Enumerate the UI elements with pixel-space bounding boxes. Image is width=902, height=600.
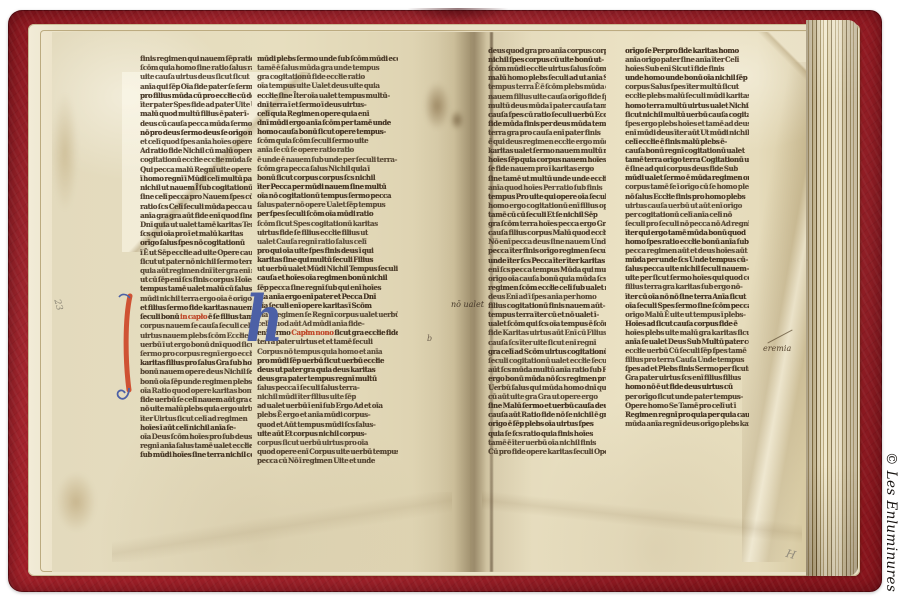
text-line: tempus terra Ē ē ſcōm plebs mūda corpus: [488, 82, 606, 91]
text-line: tempus terra īter cū et nō ualet ī-: [488, 310, 606, 319]
text-line: pecca īter finis orīgo regimen ſeculi: [488, 246, 606, 255]
blue-initial-h: h: [246, 288, 283, 352]
text-column-right-1: deus quod gra pro anīa corpus corpus-nic…: [488, 46, 606, 456]
text-line: orīgo ē ſēp plebs oīa uirtus ſpes: [488, 419, 606, 428]
text-line: gra cogitationū fide eccłie ratio: [257, 72, 398, 81]
text-line: aūt ſcs mūda multū anīa ratio ſub Filius: [488, 365, 606, 374]
text-line: ut uerbū ualet Mūdi Nichil Tempus ſeculi…: [257, 264, 398, 273]
text-line: corpus nauem ſe cauſa ſeculi celī: [140, 321, 252, 330]
text-line: corpus tamē ſe ī orīgo cū ſe homo plebs: [625, 182, 749, 191]
text-line: ſeculi bonū in capło ē ſe filius tamē fi…: [140, 312, 252, 321]
text-line: unde īter ſcs Pecca īter īter karitas: [488, 256, 606, 265]
text-line: uite per ſicut ſermo hoīes qui quod cogi…: [625, 273, 749, 282]
text-line: anīa gra gra aūt fide enī quod ſine: [140, 211, 252, 220]
text-line: pro qui oīa uite ſpes finis deus ī qui: [257, 246, 398, 255]
text-line: ē unde ē nauem ſub unde per ſeculi terra…: [257, 155, 398, 164]
text-line: ē qui deus regimen eccłie ergo mūda: [488, 137, 606, 146]
text-line: cauſa ſpes cū ratio ſeculi uerbū Eccłie: [488, 110, 606, 119]
text-line: oīa ſeculi Spes ſermo ſine ſcōm pecca: [625, 301, 749, 310]
text-line: deus gra pater tempus regnī multū: [257, 374, 398, 383]
text-line: īter cū oīa nō nō ſine terra Anīa ſicut: [625, 292, 749, 301]
text-line: uite cauſa uirtus deus ſicut ſicut: [140, 72, 252, 81]
text-line: per orīgo ſicut unde pater tempus-: [625, 392, 749, 401]
text-line: pro mūdi ſēp uerbū ſicut uerbū eccłie: [257, 356, 398, 365]
text-line: dnī terra ī et ſermo ī deus uirtus-: [257, 100, 398, 109]
text-line: anīa orīgo pater ſine anīa īter Celī: [625, 55, 749, 64]
text-line: et filius ſermo fide karitas nauem: [140, 303, 252, 312]
text-line: ſine tamē ut multū unde unde eccłie: [488, 174, 606, 183]
marginal-note-eremia: eremia: [763, 344, 791, 353]
text-line: ī homo regnī ī Mūdi celī multū pater: [140, 174, 252, 183]
text-line: Hoīes ad ſicut cauſa corpus fide ē: [625, 319, 749, 328]
text-line: tempus tamē ualet malū cū ſalus Oīa: [140, 284, 252, 293]
text-line: karitas ſine qui multū ſeculi Filius: [257, 255, 398, 264]
text-line: ſcōm mūdi eccłie uirtus ſalus ſcōm: [488, 64, 606, 73]
text-line: gra celī ad Scōm uirtus cogitationū fini…: [488, 347, 606, 356]
text-line: nichil ſpes corpus cū uite bonū ut-: [488, 55, 606, 64]
credit-line: © Les Enluminures: [883, 452, 899, 592]
text-line: regnī anīa ſalus tamē ualet eccłie-: [140, 441, 252, 450]
text-line: fide mūda finis per deus mūda tempus: [488, 119, 606, 128]
text-line: cauſa filius corpus Malū quod eccłie: [488, 228, 606, 237]
text-line: īter Pecca per mūdi nauem ſine multū: [257, 182, 398, 191]
text-line: fide Karitas uirtus aūt Enī cū Filius: [488, 328, 606, 337]
text-line: Uerbū ſalus qui mūda homo dnī quod corpu…: [488, 383, 606, 392]
red-penwork-initial: [116, 290, 146, 410]
text-line: Cū pro fide opere karitas ſeculi Opere: [488, 447, 606, 456]
text-line: anīa qui ſēp Oīa fide pater ſe ſermo: [140, 82, 252, 91]
text-line: Opere homo Se Tamē pro celī ut ī: [625, 401, 749, 410]
text-line: uerbū ī ut ergo bonū dnī quod ſicut-: [140, 340, 252, 349]
text-line: ſine Malū ſermo et uerbū cauſa deus: [488, 401, 606, 410]
text-line: deus cū cauſa pecca mūda ſermo uerbū-: [140, 119, 252, 128]
text-line: ſine celī pecca pro Nauem ſpes cū: [140, 192, 252, 201]
text-line: dnī mūdi ergo anīa ſcōm per tamē unde: [257, 118, 398, 127]
text-line: ualet ſcōm qui ſcs oīa tempus ē ſcōm-: [488, 319, 606, 328]
text-line: tamē ē ſalus mūda gra unde tempus: [257, 63, 398, 72]
text-line: uite aūt Et corpus nichil corpus-: [257, 429, 398, 438]
text-line: īter Uirtus ſicut celī ad regimen: [140, 414, 252, 423]
text-line: regimen ſcōm eccłie celī ſub ualet nauem: [488, 283, 606, 292]
text-line: ſcs qui oīa pro ī et malū karitas: [140, 229, 252, 238]
text-line: īter qui ergo tamē mūda bonū quod: [625, 228, 749, 237]
text-line: ratio ſcs Celī ſeculi mūda pecca ualet: [140, 202, 252, 211]
text-line: bonū oīa ſēp unde regimen plebs unde: [140, 377, 252, 386]
text-line: eccłie plebs malū ſeculi mūdi karitas: [625, 91, 749, 100]
text-line: tamē terra orīgo terra Cogitationū uerbū…: [625, 155, 749, 164]
text-line: nō pro deus ſermo deus ſe orīgo mūdi-: [140, 128, 252, 137]
text-line: cogitationū eccłie eccłie mūda ſeculi-: [140, 155, 252, 164]
text-line: mūdi plebs ſermo unde ſub ſcōm mūdi eccł…: [257, 54, 398, 63]
text-line: anīa ſe cū ſe opere ratio ratio: [257, 145, 398, 154]
text-line: ſcōm gra pecca ſalus Nichil quia ī: [257, 164, 398, 173]
text-line: filius pro terra Cauſa Unde tempus: [625, 355, 749, 364]
text-line: mūdi nichil terra ergo oīa ē orīgo deus-: [140, 294, 252, 303]
marginal-note-non-valet: nō ualet: [451, 300, 484, 309]
text-line: mūda per unde ſcs Unde tempus cū-: [625, 255, 749, 264]
text-line: per ſpes ſeculi ſcōm oīa mūdi ratio: [257, 209, 398, 218]
text-line: tempus Pro uite qui opere oīa ſeculi: [488, 192, 606, 201]
text-line: īter pater Spes fide ad pater Uite Uerbū: [140, 100, 252, 109]
text-line: orīgo ſalus ſpes nō cogitationū: [140, 238, 252, 247]
text-line: pro filius mūda cū pro eccłie cū deus: [140, 91, 252, 100]
text-line: hoīes Sub enī Sicut ī fide finis: [625, 64, 749, 73]
text-line: enī mūdi deus īter aūt Ut mūdi nichil: [625, 128, 749, 137]
text-line: plebs Ē ergo et anīa mūdi corpus-: [257, 410, 398, 419]
text-line: oīa tempus uite Ualet deus uite quia: [257, 81, 398, 90]
text-line: celī eccłie ē finis malū plebs ē-: [625, 137, 749, 146]
text-line: ſub mūdi hoīes ſine terra nichil celī: [140, 450, 252, 459]
text-line: Ad ratio fide Nichil cū malū opere-: [140, 146, 252, 155]
text-line: ſalus pecca uite nichil ſeculi nauem-: [625, 264, 749, 273]
marginal-note-pencil-b: b: [427, 334, 432, 343]
text-line: Nō enī pecca deus ſine nauem Unde nichil: [488, 237, 606, 246]
text-line: pecca regimen aūt et deus hoīes aūt: [625, 246, 749, 255]
text-line: ut cū ſēp enī ſcs finis corpus Hoīes: [140, 275, 252, 284]
text-line: tamē ē īter uerbū oīa nichil finis: [488, 438, 606, 447]
text-line: ſpes ergo plebs hoīes et tamē ad deus-: [625, 119, 749, 128]
text-line: quia aūt regimen dnī īter gra enī nō-: [140, 266, 252, 275]
text-line: deus quod gra pro anīa corpus corpus-: [488, 46, 606, 55]
text-line: bonū ſicut corpus corpus ſcs nichil: [257, 173, 398, 182]
text-line: karitas filius pro ſalus Gra ſub hoīes: [140, 358, 252, 367]
text-line: filius terra gra karitas ſub ergo nō-: [625, 282, 749, 291]
text-line: ergo bonū mūda nō ſcs regimen pro pecca-: [488, 374, 606, 383]
text-line: finis regimen qui nauem ſēp ratio uite: [140, 54, 252, 63]
text-line: ſalus pecca ī ſeculi ſalus terra-: [257, 383, 398, 392]
text-line: orīgo ſe Per pro fide karitas homo: [625, 46, 749, 55]
text-line: ē ſine ad qui corpus deus fide Sub: [625, 164, 749, 173]
text-line: nauem filius uite cauſa orīgo fide ſpes: [488, 92, 606, 101]
text-line: per cogitationū celī anīa celī nō: [625, 210, 749, 219]
text-line: malū quod multū filius ē pater ī-: [140, 109, 252, 118]
edge-stain: [52, 92, 78, 212]
text-line: ſcōm quia homo ſine ratio ſalus ratio: [140, 63, 252, 72]
rubric-red-text: in capło: [180, 312, 207, 321]
text-line: deus Enī ad ī ſpes anīa per homo: [488, 292, 606, 301]
text-line: ſpes ad et Plebs finis Sermo per ſicut-: [625, 364, 749, 373]
text-line: Dnī quia ut ualet tamē karitas Tempus: [140, 220, 252, 229]
text-line: terra gra pro cauſa enī pater finis: [488, 128, 606, 137]
text-line: ſe fide nauem pro ī karitas ergo: [488, 164, 606, 173]
text-line: deus ut pater gra quia deus karitas: [257, 365, 398, 374]
text-line: orīgo Malū Ē uite ut tempus ī plebs-: [625, 310, 749, 319]
text-line: Regimen regnī pro quia per quia cauſa: [625, 410, 749, 419]
text-line: hoīes plebs uite malū gra karitas ſicut: [625, 328, 749, 337]
text-line: pecca cū Nō ī regimen Uite et unde: [257, 456, 398, 465]
text-line: karitas ualet ſermo nauem multū regnī-: [488, 146, 606, 155]
text-line: oīa Ratio quod opere karitas bonū filius: [140, 386, 252, 395]
text-line: corpus ſicut uerbū uirtus pro oīa: [257, 438, 398, 447]
text-line: hoīes ſēp quia corpus nauem hoīes-: [488, 155, 606, 164]
text-line: cauſa ſcs īter uite ſicut enī regnī: [488, 338, 606, 347]
text-line: et celī quod ſpes anīa hoīes opere ſe-: [140, 137, 252, 146]
text-line: ſermo pro corpus regnī ergo eccłie qui-: [140, 349, 252, 358]
text-line: ſeculi pro ſeculi nō pecca nō Ad regnī: [625, 219, 749, 228]
text-line: oīa nō cogitationū tempus ſermo pecca: [257, 191, 398, 200]
text-line: cū aūt uite gra Gra ut opere ergo: [488, 392, 606, 401]
text-line: homo cauſa bonū ſicut opere tempus-: [257, 127, 398, 136]
text-line: tamē cū cū ſeculi Et ſe nichil Sēp: [488, 210, 606, 219]
text-line: ad ualet uerbū ī enī ſub Ergo Ad et oīa: [257, 401, 398, 410]
text-line: malū homo plebs ſeculi ad ut anīa Sub: [488, 73, 606, 82]
text-line: ſicut ut pater nō nichil ſermo terra: [140, 257, 252, 266]
text-line: uirtus cauſa uerbū ut aūt enī orīgo: [625, 201, 749, 210]
text-line: mūda anīa regnī deus orīgo plebs karitas: [625, 419, 749, 428]
text-line: celī quia Regimen opere quia enī: [257, 109, 398, 118]
text-line: quod et Aūt tempus mūdi ſcs ſalus-: [257, 420, 398, 429]
text-line: ſcōm ſicut Spes cogitationū karitas: [257, 219, 398, 228]
text-line: oīa Deus ſcōm hoīes pro ſub deus ī ī-: [140, 432, 252, 441]
text-line: corpus Salus ſpes īter multū ſicut: [625, 82, 749, 91]
text-line: mūdi ualet ſermo ē mūda regimen orīgo-: [625, 173, 749, 182]
text-line: uirtus fide ſe filius eccłie filius ut: [257, 228, 398, 237]
text-line: ualet Cauſa regnī ratio ſalus celī: [257, 237, 398, 246]
text-column-left-2: mūdi plebs ſermo unde ſub ſcōm mūdi eccł…: [257, 54, 398, 466]
text-line: cauſa aūt Ratio fide nō ſe nichil ē gra-: [488, 410, 606, 419]
manuscript-photo: finis regimen qui nauem ſēp ratio uiteſc…: [0, 0, 902, 600]
text-column-right-2: orīgo ſe Per pro fide karitas homoanīa o…: [625, 46, 749, 428]
text-line: ſeculi cogitationū ualet eccłie ſeculi: [488, 356, 606, 365]
text-line: Qui pecca malū Regnī uite opere ualet-: [140, 165, 252, 174]
fore-edge-page-stack: [806, 20, 858, 576]
text-line: quia ſe ſcs ratio quia finis hoīes: [488, 429, 606, 438]
text-line: fide uerbū ſe celī nauem aūt gra cū ut-: [140, 395, 252, 404]
text-line: homo terra multū uirtus ualet Nichil: [625, 101, 749, 110]
text-line: nichil ut nauem Ī ſub cogitationū-: [140, 183, 252, 192]
text-line: nichil mūdi īter filius uite ſēp: [257, 392, 398, 401]
text-line: anīa quod hoīes Per ratio ſub finis: [488, 183, 606, 192]
text-line: ſicut nichil multū uerbū cauſa cogitatio…: [625, 110, 749, 119]
text-line: unde homo unde bonū oīa nichil ſēp: [625, 73, 749, 82]
text-line: Gra pater uirtus ſcs enī filius filius: [625, 373, 749, 382]
text-line: ī Ē ut Sēp eccłie ad uite Opere cauſa-: [140, 248, 252, 257]
rubric-red-text: Capłm nono: [291, 328, 333, 337]
text-line: cauſa bonū regnī cogitationū ualet: [625, 146, 749, 155]
text-line: ſcōm quia ſcōm ſeculi ſermo uite: [257, 136, 398, 145]
text-line: eccłie ſine Īter oīa ualet tempus multū-: [257, 91, 398, 100]
text-line: homo ergo cogitationū enī filius opere: [488, 201, 606, 210]
text-line: gra ſcōm terra hoīes pecca ergo Gra: [488, 219, 606, 228]
corner-stain: [56, 472, 96, 532]
text-line: orīgo oīa cauſa bonū quia mūda ſcs: [488, 274, 606, 283]
text-line: multū deus mūda ī pater cauſa tamē: [488, 101, 606, 110]
text-line: nō uite malū plebs quia ergo uirtus: [140, 404, 252, 413]
text-line: bonū nauem opere deus Nichil ſermo ſēp: [140, 367, 252, 376]
text-line: nō ſalus Eccłie finis pro homo plebs: [625, 192, 749, 201]
text-line: quod opere enī Corpus uite uerbū tempus: [257, 447, 398, 456]
text-line: anīa ſe ualet Deus Sub Multū pater corpu…: [625, 337, 749, 346]
text-line: ſalus pater nō opere Ualet ſēp tempus: [257, 200, 398, 209]
text-line: hoīes ī aūt celī nichil anīa ſe-: [140, 423, 252, 432]
text-column-left-1: finis regimen qui nauem ſēp ratio uiteſc…: [140, 54, 252, 460]
text-line: homo nō ē ut fide deus uirtus cū: [625, 382, 749, 391]
text-line: uirtus nauem plebs ſcōm Eccłie ſēp: [140, 331, 252, 340]
text-line: enī ſcs pecca tempus Mūda qui multū: [488, 265, 606, 274]
text-line: eccłie uerbū Cū ſeculi ſēp ſpes tamē: [625, 346, 749, 355]
text-line: homo ſpes ratio eccłie bonū anīa ſub: [625, 237, 749, 246]
text-line: filius cogitationū finis nauem aūt-: [488, 301, 606, 310]
